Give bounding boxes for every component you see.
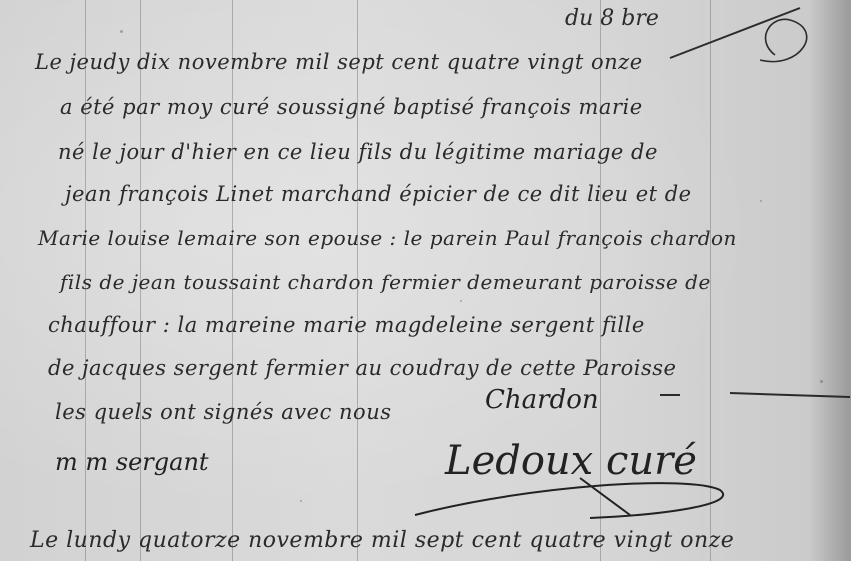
entry-line-1: Le jeudy dix novembre mil sept cent quat… bbox=[35, 50, 643, 74]
entry-line-3: né le jour d'hier en ce lieu fils du lég… bbox=[58, 140, 658, 164]
paper-speck bbox=[300, 500, 302, 502]
signature-godfather: Chardon bbox=[485, 385, 599, 415]
entry-line-2: a été par moy curé soussigné baptisé fra… bbox=[60, 95, 643, 119]
paper-speck bbox=[760, 200, 762, 202]
signature-dash bbox=[620, 385, 851, 405]
entry-line-7: chauffour : la mareine marie magdeleine … bbox=[48, 313, 645, 337]
next-entry-line: Le lundy quatorze novembre mil sept cent… bbox=[30, 528, 734, 553]
entry-line-8: de jacques sergent fermier au coudray de… bbox=[48, 356, 676, 380]
paper-speck bbox=[120, 30, 123, 33]
entry-line-6: fils de jean toussaint chardon fermier d… bbox=[60, 270, 711, 294]
signature-godmother: m m sergant bbox=[55, 448, 209, 476]
paper-speck bbox=[460, 300, 462, 302]
margin-flourish bbox=[650, 0, 810, 90]
entry-line-5: Marie louise lemaire son epouse : le par… bbox=[38, 226, 737, 250]
margin-note: du 8 bre bbox=[565, 6, 659, 31]
entry-line-4: jean françois Linet marchand épicier de … bbox=[65, 182, 692, 206]
register-page: du 8 bre Le jeudy dix novembre mil sept … bbox=[0, 0, 851, 561]
entry-line-9: les quels ont signés avec nous bbox=[55, 400, 392, 424]
paper-speck bbox=[820, 380, 823, 383]
